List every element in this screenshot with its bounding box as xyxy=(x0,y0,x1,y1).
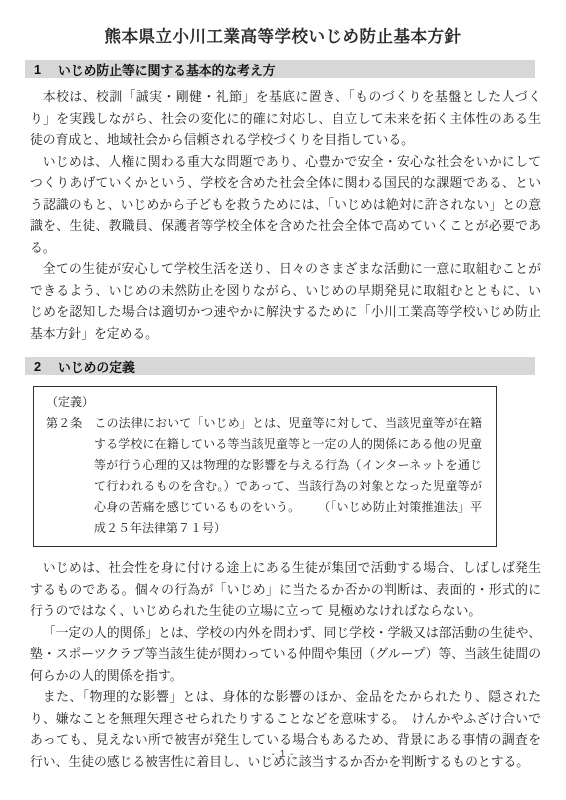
section-1-heading-bar: 1 いじめ防止等に関する基本的な考え方 xyxy=(25,60,535,78)
paragraph: いじめは、人権に関わる重大な問題であり、心豊かで安全・安心な社会をいかにしてつく… xyxy=(30,151,541,259)
section-1-title: いじめ防止等に関する基本的な考え方 xyxy=(58,60,276,79)
paragraph: いじめは、社会性を身に付ける途上にある生徒が集団で活動する場合、しばしば発生する… xyxy=(30,557,541,622)
section-2-title: いじめの定義 xyxy=(58,357,135,376)
definition-article-paragraph: 第２条この法律において「いじめ」とは、児童等に対して、当該児童等が在籍する学校に… xyxy=(46,413,482,539)
section-2-heading-bar: 2 いじめの定義 xyxy=(25,357,535,375)
paragraph: 全ての生徒が安心して学校生活を送り、日々のさまざまな活動に一意に取組むことができ… xyxy=(30,258,541,344)
paragraph: 本校は、校訓「誠実・剛健・礼節」を基底に置き、「ものづくりを基盤とした人づくり」… xyxy=(30,86,541,151)
paragraph: 「一定の人的関係」とは、学校の内外を問わず、同じ学校・学級又は部活動の生徒や、塾… xyxy=(30,622,541,687)
section-2-body: いじめは、社会性を身に付ける途上にある生徒が集団で活動する場合、しばしば発生する… xyxy=(30,557,541,772)
document-page: 熊本県立小川工業高等学校いじめ防止基本方針 1 いじめ防止等に関する基本的な考え… xyxy=(0,0,566,800)
page-title: 熊本県立小川工業高等学校いじめ防止基本方針 xyxy=(0,0,566,47)
definition-quote-box: （定義） 第２条この法律において「いじめ」とは、児童等に対して、当該児童等が在籍… xyxy=(33,386,497,547)
definition-label: （定義） xyxy=(46,392,482,413)
section-1-body: 本校は、校訓「誠実・剛健・礼節」を基底に置き、「ものづくりを基盤とした人づくり」… xyxy=(30,86,541,344)
definition-article-number: 第２条 xyxy=(46,416,82,430)
page-number: - 1 - xyxy=(0,749,566,760)
section-2-number: 2 xyxy=(34,359,58,374)
section-1-number: 1 xyxy=(34,62,58,77)
